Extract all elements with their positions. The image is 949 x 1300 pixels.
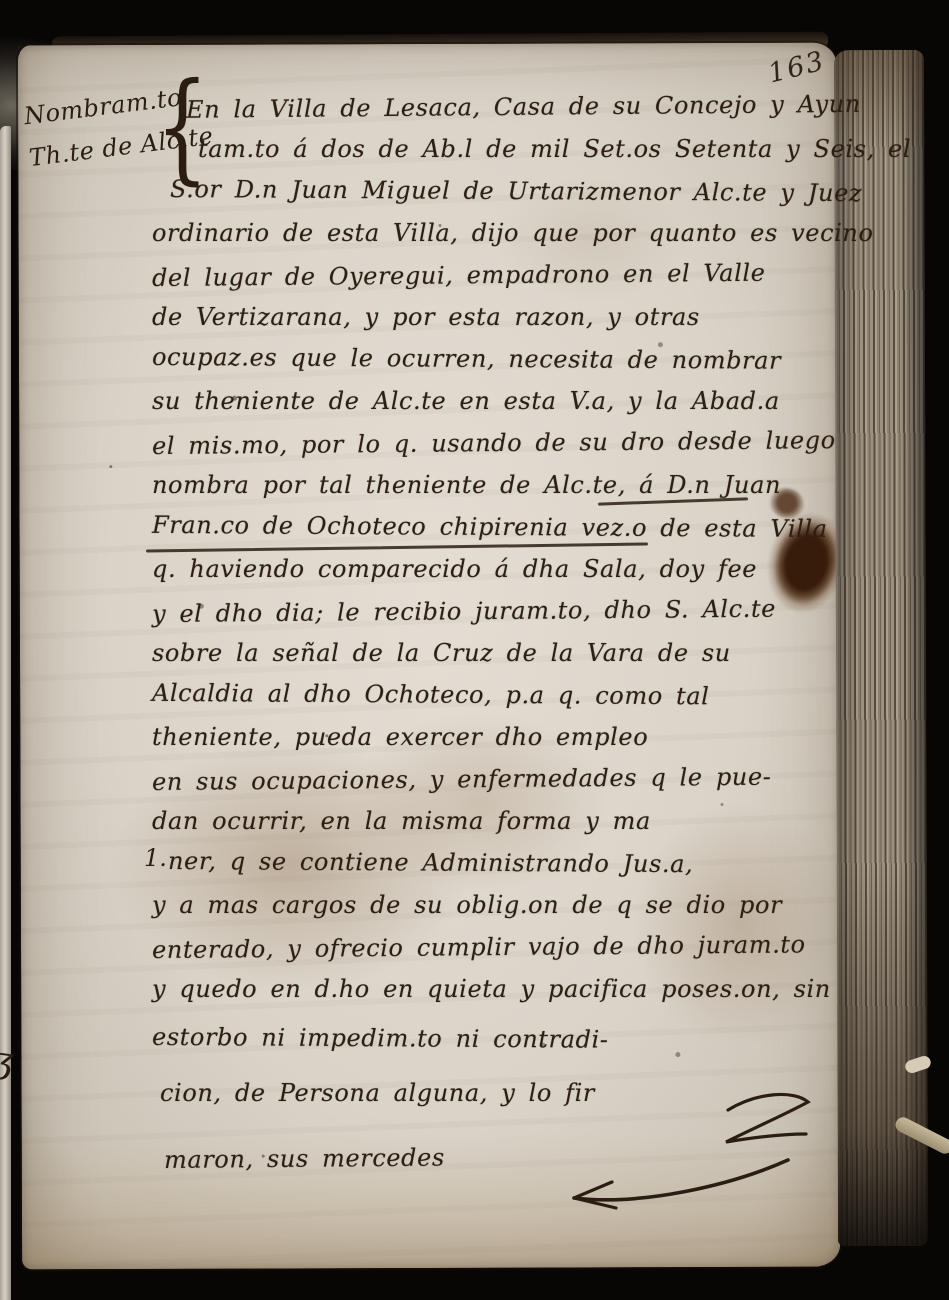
body-line: su theniente de Alc.te en esta V.a, y la… [152,380,852,422]
margin-number: 1. [144,844,167,872]
notarial-rubric-icon [560,1148,800,1220]
body-line: del lugar de Oyeregui, empadrono en el V… [152,251,852,299]
closing-swash-icon [720,1088,820,1152]
body-line: tam.to á dos de Ab.l de mil Set.os Seten… [152,128,852,170]
body-line: enterado, y ofrecio cumplir vajo de dho … [152,923,852,971]
body-line: el mis.mo, por lo q. usando de su dro de… [152,419,852,467]
body-line: sobre la señal de la Cruz de la Vara de … [152,632,852,674]
body-line: q. haviendo comparecido á dha Sala, doy … [152,548,852,590]
facing-page-edge [0,126,11,1300]
foxing-specks [18,45,21,48]
body-line: ocupaz.es que le ocurren, necesita de no… [152,336,852,382]
body-line: en sus ocupaciones, y enfermedades q le … [152,755,852,803]
body-line: y quedo en d.ho en quieta y pacifica pos… [152,968,852,1010]
body-line: S.or D.n Juan Miguel de Urtarizmenor Alc… [152,168,852,214]
body-line: Alcaldia al dho Ochoteco, p.a q. como ta… [152,672,852,718]
body-line: ordinario de esta Villa, dijo que por qu… [152,212,852,254]
facing-page-ink-mark: ʒ [0,1039,16,1082]
body-line: Fran.co de Ochoteco chipirenia vez.o de … [152,504,852,550]
body-line: de Vertizarana, y por esta razon, y otra… [152,296,852,338]
body-line: En la Villa de Lesaca, Casa de su Concej… [152,83,852,131]
body-line: dan ocurrir, en la misma forma y ma [152,800,852,842]
body-text: En la Villa de Lesaca, Casa de su Concej… [152,86,852,1178]
body-line: y el dho dia; le recibio juram.to, dho S… [152,587,852,635]
body-line: ner, q se contiene Administrando Jus.a, [152,840,852,886]
body-line: y a mas cargos de su oblig.on de q se di… [152,884,852,926]
body-line: estorbo ni impedim.to ni contradi- [152,1016,852,1062]
manuscript-photo: ʒ 163 Nombram.to Th.te de Alc.te { En la… [0,0,949,1300]
body-line: theniente, pueda exercer dho empleo [152,716,852,758]
